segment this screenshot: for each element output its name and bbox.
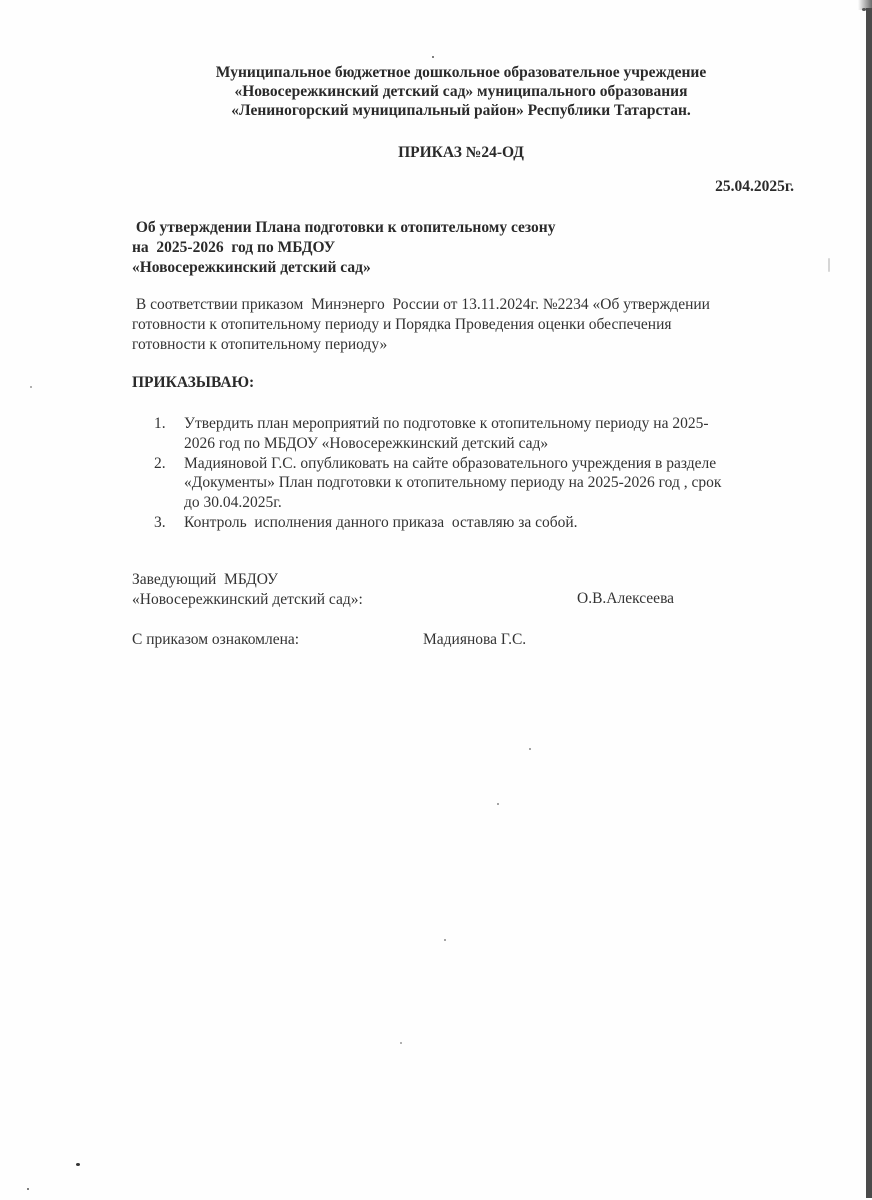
scan-edge-border	[866, 8, 872, 1198]
scan-speck	[444, 939, 446, 941]
scan-speck	[828, 258, 830, 272]
header-line: «Лениногорский муниципальный район» Респ…	[160, 101, 762, 120]
scan-speck	[497, 803, 499, 805]
subject-line: «Новосережкинский детский сад»	[132, 258, 555, 278]
order-item-line: 2026 год по МБДОУ «Новосережкинский детс…	[184, 434, 721, 454]
header-line: Муниципальное бюджетное дошкольное образ…	[160, 63, 762, 82]
scan-speck	[862, 8, 866, 11]
signature-position-line: «Новосережкинский детский сад»:	[132, 590, 363, 610]
order-date: 25.04.2025г.	[715, 178, 794, 196]
scan-speck	[76, 1163, 80, 1166]
signature-position: Заведующий МБДОУ «Новосережкинский детск…	[132, 570, 363, 609]
order-item-2: 2. Мадияновой Г.С. опубликовать на сайте…	[150, 454, 721, 513]
subject-line: Об утверждении Плана подготовки к отопит…	[132, 218, 555, 238]
order-list: 1. Утвердить план мероприятий по подгото…	[150, 414, 721, 533]
order-subject: Об утверждении Плана подготовки к отопит…	[132, 218, 555, 278]
scan-speck	[400, 1042, 402, 1044]
scan-speck	[529, 748, 531, 750]
signer-name: О.В.Алексеева	[577, 590, 674, 608]
order-item-number: 1.	[154, 414, 166, 434]
order-item-line: Утвердить план мероприятий по подготовке…	[184, 414, 721, 434]
order-item-1: 1. Утвердить план мероприятий по подгото…	[150, 414, 721, 454]
acknowledgement-name: Мадиянова Г.С.	[423, 631, 526, 649]
preamble-line: В соответствии приказом Минэнерго России…	[132, 295, 710, 315]
orders-heading: ПРИКАЗЫВАЮ:	[132, 374, 254, 392]
order-preamble: В соответствии приказом Минэнерго России…	[132, 295, 710, 355]
order-item-3: 3. Контроль исполнения данного приказа о…	[150, 513, 721, 533]
order-item-number: 3.	[154, 513, 166, 533]
order-item-number: 2.	[154, 454, 166, 474]
scanned-document-page: Муниципальное бюджетное дошкольное образ…	[0, 0, 872, 1200]
acknowledgement-label: С приказом ознакомлена:	[132, 631, 299, 649]
order-item-line: до 30.04.2025г.	[184, 493, 721, 513]
signature-position-line: Заведующий МБДОУ	[132, 570, 363, 590]
header-line: «Новосережкинский детский сад» муниципал…	[160, 82, 762, 101]
preamble-line: готовности к отопительному периоду и Пор…	[132, 315, 710, 335]
order-item-line: «Документы» План подготовки к отопительн…	[184, 473, 721, 493]
scan-speck	[27, 1188, 29, 1190]
scan-speck	[30, 386, 32, 388]
order-title: ПРИКАЗ №24-ОД	[160, 144, 762, 162]
preamble-line: готовности к отопительному периоду»	[132, 335, 710, 355]
order-item-line: Контроль исполнения данного приказа оста…	[184, 513, 721, 533]
order-item-line: Мадияновой Г.С. опубликовать на сайте об…	[184, 454, 721, 474]
scan-speck	[432, 56, 434, 58]
subject-line: на 2025-2026 год по МБДОУ	[132, 238, 555, 258]
institution-header: Муниципальное бюджетное дошкольное образ…	[160, 63, 762, 121]
